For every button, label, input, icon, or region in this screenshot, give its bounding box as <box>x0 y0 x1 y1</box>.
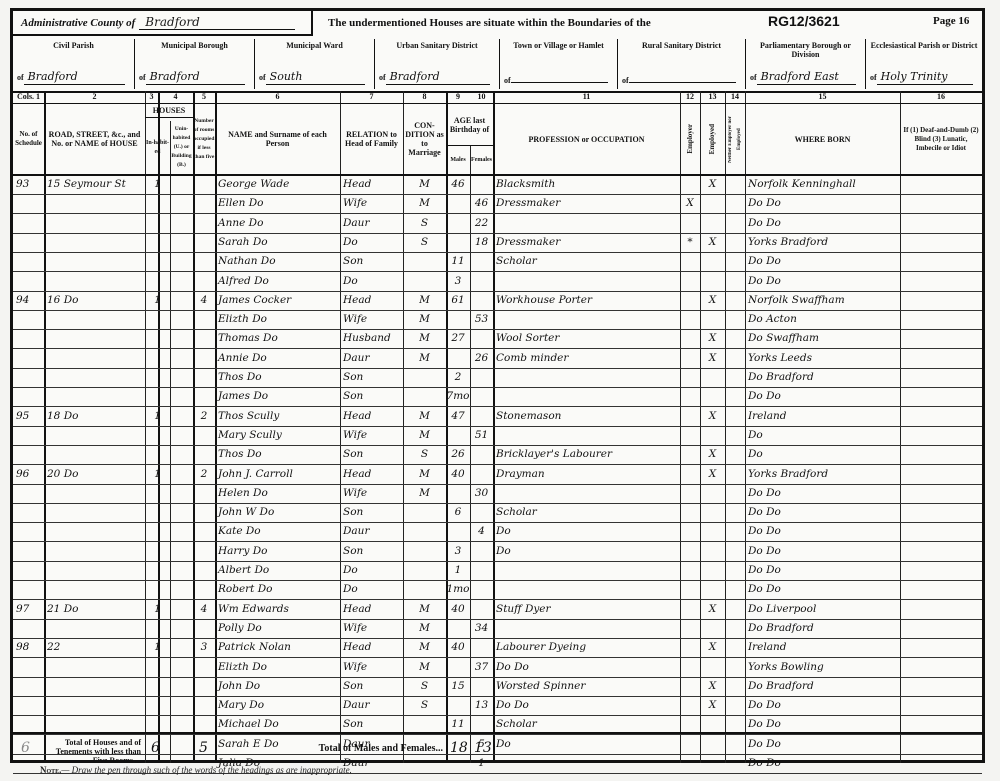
cell-employer <box>680 561 700 580</box>
cell-name: Thos Scully <box>215 407 340 426</box>
cell-employer <box>680 619 700 638</box>
cell-neither <box>725 194 745 213</box>
cell-neither <box>725 658 745 677</box>
cell-relation: Wife <box>340 426 403 445</box>
header-uninhabited: Unin-habited (U.) or Building (B.) <box>170 121 193 174</box>
cell-infirm <box>900 445 982 464</box>
cell-occupation <box>493 272 680 291</box>
cell-occupation: Workhouse Porter <box>493 291 680 310</box>
cell-employed: X <box>700 329 725 348</box>
cell-inhab <box>145 542 170 561</box>
cell-neither <box>725 349 745 368</box>
cell-employer <box>680 310 700 329</box>
cell-schedule <box>13 329 44 348</box>
cell-relation: Do <box>340 272 403 291</box>
header-infirmity: If (1) Deaf-and-Dumb (2) Blind (3) Lunat… <box>900 104 982 174</box>
cell-uninhab <box>170 503 193 522</box>
cell-employed <box>700 214 725 233</box>
cell-male: 61 <box>446 291 470 310</box>
table-row: 9518 Do12Thos ScullyHeadM47StonemasonXIr… <box>13 407 982 427</box>
cell-employer <box>680 426 700 445</box>
cell-infirm <box>900 426 982 445</box>
cell-infirm <box>900 580 982 599</box>
rooms-total: 5 <box>199 740 208 756</box>
cell-female: 26 <box>470 349 493 368</box>
cell-occupation: Do <box>493 542 680 561</box>
cell-born: Ireland <box>745 407 900 426</box>
cell-name: James Cocker <box>215 291 340 310</box>
cell-inhab <box>145 310 170 329</box>
cell-employer <box>680 291 700 310</box>
cell-name: Elizth Do <box>215 658 340 677</box>
cell-name: Wm Edwards <box>215 600 340 619</box>
cell-employer <box>680 522 700 541</box>
cell-uninhab <box>170 233 193 252</box>
cell-relation: Husband <box>340 329 403 348</box>
header-houses-group: HOUSES <box>145 104 193 118</box>
cell-neither <box>725 387 745 406</box>
cell-occupation: Wool Sorter <box>493 329 680 348</box>
cell-occupation: Worsted Spinner <box>493 677 680 696</box>
cell-condition <box>403 387 446 406</box>
cell-condition: M <box>403 194 446 213</box>
table-row: 9315 Seymour St1George WadeHeadM46Blacks… <box>13 175 982 195</box>
cell-relation: Do <box>340 580 403 599</box>
cell-uninhab <box>170 214 193 233</box>
reference-number: RG12/3621 <box>768 13 840 29</box>
cell-rooms <box>193 175 215 194</box>
cell-born: Do Do <box>745 542 900 561</box>
header-road: ROAD, STREET, &c., and No. or NAME of HO… <box>44 104 145 174</box>
cell-condition: M <box>403 426 446 445</box>
cell-male <box>446 696 470 715</box>
cell-male: 1 <box>446 561 470 580</box>
cell-condition: M <box>403 349 446 368</box>
table-row: Polly DoWifeM34Do Bradford <box>13 619 982 639</box>
cell-employed: X <box>700 349 725 368</box>
cell-rooms <box>193 329 215 348</box>
table-row: John W DoSon6ScholarDo Do <box>13 503 982 523</box>
table-row: 9620 Do12John J. CarrollHeadM40DraymanXY… <box>13 465 982 485</box>
cell-name: James Do <box>215 387 340 406</box>
cell-born: Do Acton <box>745 310 900 329</box>
cell-relation: Daur <box>340 522 403 541</box>
cell-neither <box>725 233 745 252</box>
header-relation: RELATION to Head of Family <box>340 104 403 174</box>
cell-name: Thos Do <box>215 368 340 387</box>
cell-schedule <box>13 561 44 580</box>
header-rooms: Number of rooms occupied if less than fi… <box>193 104 215 174</box>
cell-road <box>44 580 145 599</box>
cell-occupation: Blacksmith <box>493 175 680 194</box>
table-row: Alfred DoDo3Do Do <box>13 272 982 292</box>
cell-female: 13 <box>470 696 493 715</box>
cell-relation: Son <box>340 677 403 696</box>
cell-inhab <box>145 272 170 291</box>
cell-neither <box>725 407 745 426</box>
cell-female <box>470 465 493 484</box>
cell-relation: Wife <box>340 484 403 503</box>
cell-inhab <box>145 619 170 638</box>
cell-employed <box>700 619 725 638</box>
cell-schedule <box>13 426 44 445</box>
cell-occupation <box>493 368 680 387</box>
cell-inhab <box>145 233 170 252</box>
footnote: Note.— Draw the pen through such of the … <box>40 765 352 775</box>
cell-infirm <box>900 349 982 368</box>
cell-name: John J. Carroll <box>215 465 340 484</box>
cell-rooms <box>193 214 215 233</box>
cell-neither <box>725 214 745 233</box>
cell-female: 4 <box>470 522 493 541</box>
cell-occupation: Do <box>493 522 680 541</box>
cell-inhab <box>145 522 170 541</box>
cell-condition: M <box>403 175 446 194</box>
cell-infirm <box>900 233 982 252</box>
cell-employed: X <box>700 465 725 484</box>
cell-road <box>44 387 145 406</box>
cell-employed: X <box>700 696 725 715</box>
cell-condition: S <box>403 677 446 696</box>
table-row: Harry DoSon3DoDo Do <box>13 542 982 562</box>
cell-male <box>446 658 470 677</box>
cell-relation: Head <box>340 175 403 194</box>
cell-rooms <box>193 387 215 406</box>
cell-female <box>470 677 493 696</box>
cell-employer <box>680 465 700 484</box>
cell-road <box>44 677 145 696</box>
cell-born: Yorks Bradford <box>745 465 900 484</box>
cell-employed: X <box>700 407 725 426</box>
cell-uninhab <box>170 522 193 541</box>
cell-inhab <box>145 368 170 387</box>
cell-occupation: Stonemason <box>493 407 680 426</box>
cell-relation: Head <box>340 291 403 310</box>
cell-inhab: 1 <box>145 175 170 194</box>
district-town-village: Town or Village or Hamlet of <box>500 39 618 89</box>
cell-inhab <box>145 696 170 715</box>
cell-born: Do Do <box>745 696 900 715</box>
cell-condition: M <box>403 310 446 329</box>
cell-name: Sarah Do <box>215 233 340 252</box>
cell-uninhab <box>170 465 193 484</box>
cell-employed <box>700 658 725 677</box>
cell-female <box>470 561 493 580</box>
cell-relation: Daur <box>340 696 403 715</box>
cell-schedule <box>13 580 44 599</box>
cell-infirm <box>900 368 982 387</box>
cell-infirm <box>900 619 982 638</box>
cell-inhab <box>145 445 170 464</box>
cell-employer <box>680 658 700 677</box>
cell-male <box>446 484 470 503</box>
cell-uninhab <box>170 542 193 561</box>
cell-uninhab <box>170 696 193 715</box>
cell-neither <box>725 272 745 291</box>
cell-condition <box>403 542 446 561</box>
cell-infirm <box>900 561 982 580</box>
cell-road <box>44 619 145 638</box>
males-total: 18 <box>450 740 468 756</box>
cell-female: 46 <box>470 194 493 213</box>
cell-inhab <box>145 484 170 503</box>
cell-occupation <box>493 426 680 445</box>
cell-relation: Head <box>340 600 403 619</box>
cell-born: Do Bradford <box>745 677 900 696</box>
cell-schedule: 98 <box>13 638 44 657</box>
cell-employed: X <box>700 233 725 252</box>
cell-relation: Wife <box>340 194 403 213</box>
cell-inhab <box>145 252 170 271</box>
cell-born: Do Do <box>745 522 900 541</box>
cell-name: Polly Do <box>215 619 340 638</box>
cell-female: 18 <box>470 233 493 252</box>
table-row: Mary ScullyWifeM51Do <box>13 426 982 446</box>
cell-inhab <box>145 561 170 580</box>
cell-road: 15 Seymour St <box>44 175 145 194</box>
cell-schedule <box>13 484 44 503</box>
cell-condition: M <box>403 407 446 426</box>
cell-road: 16 Do <box>44 291 145 310</box>
cell-inhab <box>145 329 170 348</box>
cell-female: 37 <box>470 658 493 677</box>
cell-uninhab <box>170 368 193 387</box>
cell-relation: Daur <box>340 349 403 368</box>
header-neither: Neither Employer nor Employed <box>725 104 745 174</box>
cell-schedule: 97 <box>13 600 44 619</box>
table-row: Thomas DoHusbandM27Wool SorterXDo Swaffh… <box>13 329 982 349</box>
cell-uninhab <box>170 252 193 271</box>
cell-inhab: 1 <box>145 600 170 619</box>
cell-neither <box>725 503 745 522</box>
header-age-group: AGE last Birthday of <box>446 104 493 145</box>
cell-relation: Wife <box>340 658 403 677</box>
cell-female <box>470 542 493 561</box>
cell-male: 6 <box>446 503 470 522</box>
district-municipal-borough: Municipal Borough ofBradford <box>135 39 255 89</box>
cell-inhab <box>145 214 170 233</box>
table-row: John DoSonS15Worsted SpinnerXDo Bradford <box>13 677 982 697</box>
cell-inhab: 1 <box>145 638 170 657</box>
cell-road <box>44 233 145 252</box>
cell-rooms <box>193 542 215 561</box>
cell-name: Albert Do <box>215 561 340 580</box>
header-inhabited: In-habit-ed <box>145 121 170 174</box>
cell-relation: Son <box>340 387 403 406</box>
cell-inhab: 1 <box>145 407 170 426</box>
cell-rooms <box>193 484 215 503</box>
header-schedule: No. of Schedule <box>13 104 44 174</box>
cell-employer <box>680 407 700 426</box>
cell-condition: M <box>403 291 446 310</box>
cell-employer <box>680 349 700 368</box>
cell-relation: Head <box>340 638 403 657</box>
cell-infirm <box>900 677 982 696</box>
cell-schedule <box>13 349 44 368</box>
cell-neither <box>725 252 745 271</box>
cell-infirm <box>900 272 982 291</box>
cell-male: 40 <box>446 465 470 484</box>
cell-female <box>470 407 493 426</box>
cell-relation: Do <box>340 561 403 580</box>
header-females: Females <box>470 145 493 174</box>
cell-occupation <box>493 561 680 580</box>
cell-male: 26 <box>446 445 470 464</box>
cell-infirm <box>900 658 982 677</box>
cell-born: Ireland <box>745 638 900 657</box>
cell-relation: Do <box>340 233 403 252</box>
header-employer: Employer <box>680 104 700 174</box>
cell-condition: M <box>403 638 446 657</box>
cell-road <box>44 214 145 233</box>
cell-neither <box>725 580 745 599</box>
cell-neither <box>725 329 745 348</box>
cell-uninhab <box>170 638 193 657</box>
cell-road <box>44 310 145 329</box>
cell-neither <box>725 696 745 715</box>
cell-uninhab <box>170 561 193 580</box>
cell-occupation: Scholar <box>493 503 680 522</box>
cell-neither <box>725 638 745 657</box>
cell-born: Do Do <box>745 561 900 580</box>
cell-born: Do Do <box>745 580 900 599</box>
cell-occupation: Drayman <box>493 465 680 484</box>
cell-inhab <box>145 503 170 522</box>
cell-neither <box>725 619 745 638</box>
cell-inhab <box>145 580 170 599</box>
cell-road <box>44 252 145 271</box>
cell-rooms: 4 <box>193 291 215 310</box>
cell-schedule <box>13 310 44 329</box>
cell-neither <box>725 445 745 464</box>
census-enumeration-page: Administrative County of Bradford The un… <box>10 8 985 763</box>
header-where-born: WHERE BORN <box>745 104 900 174</box>
cell-infirm <box>900 638 982 657</box>
cell-road <box>44 522 145 541</box>
cell-male: 11 <box>446 252 470 271</box>
cell-condition <box>403 368 446 387</box>
cell-occupation: Comb minder <box>493 349 680 368</box>
cell-road <box>44 658 145 677</box>
cell-condition: S <box>403 233 446 252</box>
cell-neither <box>725 368 745 387</box>
cell-inhab: 1 <box>145 291 170 310</box>
cell-relation: Son <box>340 542 403 561</box>
cell-occupation: Do Do <box>493 658 680 677</box>
cell-employer <box>680 175 700 194</box>
cell-schedule: 95 <box>13 407 44 426</box>
cell-occupation <box>493 484 680 503</box>
cell-employed <box>700 522 725 541</box>
cell-born: Do <box>745 426 900 445</box>
cell-schedule: 94 <box>13 291 44 310</box>
table-row: Sarah DoDoS18Dressmaker*XYorks Bradford <box>13 233 982 253</box>
cell-schedule <box>13 252 44 271</box>
cell-employed <box>700 542 725 561</box>
schedules-count: 6 <box>21 740 30 756</box>
cell-road <box>44 503 145 522</box>
cell-schedule <box>13 387 44 406</box>
cell-employed <box>700 252 725 271</box>
cell-condition <box>403 522 446 541</box>
cell-occupation <box>493 580 680 599</box>
table-row: Helen DoWifeM30Do Do <box>13 484 982 504</box>
cell-rooms: 2 <box>193 407 215 426</box>
cell-employer <box>680 677 700 696</box>
cell-road <box>44 484 145 503</box>
district-rural-sanitary: Rural Sanitary District of <box>618 39 746 89</box>
cell-employer: X <box>680 194 700 213</box>
cell-employer: * <box>680 233 700 252</box>
cell-name: Anne Do <box>215 214 340 233</box>
cell-uninhab <box>170 445 193 464</box>
cell-employer <box>680 252 700 271</box>
cell-rooms <box>193 445 215 464</box>
cell-employer <box>680 638 700 657</box>
boundary-text: The undermentioned Houses are situate wi… <box>328 17 651 29</box>
cell-born: Yorks Bradford <box>745 233 900 252</box>
cell-name: Ellen Do <box>215 194 340 213</box>
cell-employed: X <box>700 291 725 310</box>
cell-condition: M <box>403 658 446 677</box>
cell-employer <box>680 368 700 387</box>
cell-born: Do Swaffham <box>745 329 900 348</box>
cell-male: 7mo <box>446 387 470 406</box>
cell-employer <box>680 484 700 503</box>
cell-neither <box>725 465 745 484</box>
cell-condition: M <box>403 600 446 619</box>
cell-rooms <box>193 368 215 387</box>
cell-schedule <box>13 272 44 291</box>
cell-road <box>44 445 145 464</box>
cell-rooms <box>193 426 215 445</box>
cell-born: Do Do <box>745 484 900 503</box>
cell-uninhab <box>170 658 193 677</box>
cell-occupation: Bricklayer's Labourer <box>493 445 680 464</box>
page-header: Administrative County of Bradford The un… <box>13 11 982 93</box>
cell-name: John Do <box>215 677 340 696</box>
cell-employer <box>680 503 700 522</box>
cell-employer <box>680 214 700 233</box>
cell-female <box>470 503 493 522</box>
cell-inhab: 1 <box>145 465 170 484</box>
cell-name: Kate Do <box>215 522 340 541</box>
cell-employed <box>700 580 725 599</box>
cell-condition: S <box>403 445 446 464</box>
mf-total-label: Total of Males and Females... <box>303 743 443 754</box>
cell-infirm <box>900 503 982 522</box>
cell-employed <box>700 387 725 406</box>
cell-male: 1mo <box>446 580 470 599</box>
cell-born: Do Bradford <box>745 368 900 387</box>
cell-schedule <box>13 194 44 213</box>
cell-road: 20 Do <box>44 465 145 484</box>
table-row: Albert DoDo1Do Do <box>13 561 982 581</box>
cell-relation: Son <box>340 503 403 522</box>
cell-male <box>446 194 470 213</box>
cell-male <box>446 522 470 541</box>
cell-employed <box>700 503 725 522</box>
cell-uninhab <box>170 291 193 310</box>
cell-rooms <box>193 272 215 291</box>
cell-male: 3 <box>446 542 470 561</box>
cell-schedule <box>13 677 44 696</box>
females-total: 13 <box>474 740 492 756</box>
cell-road: 21 Do <box>44 600 145 619</box>
cell-uninhab <box>170 677 193 696</box>
cell-condition <box>403 580 446 599</box>
cell-uninhab <box>170 619 193 638</box>
